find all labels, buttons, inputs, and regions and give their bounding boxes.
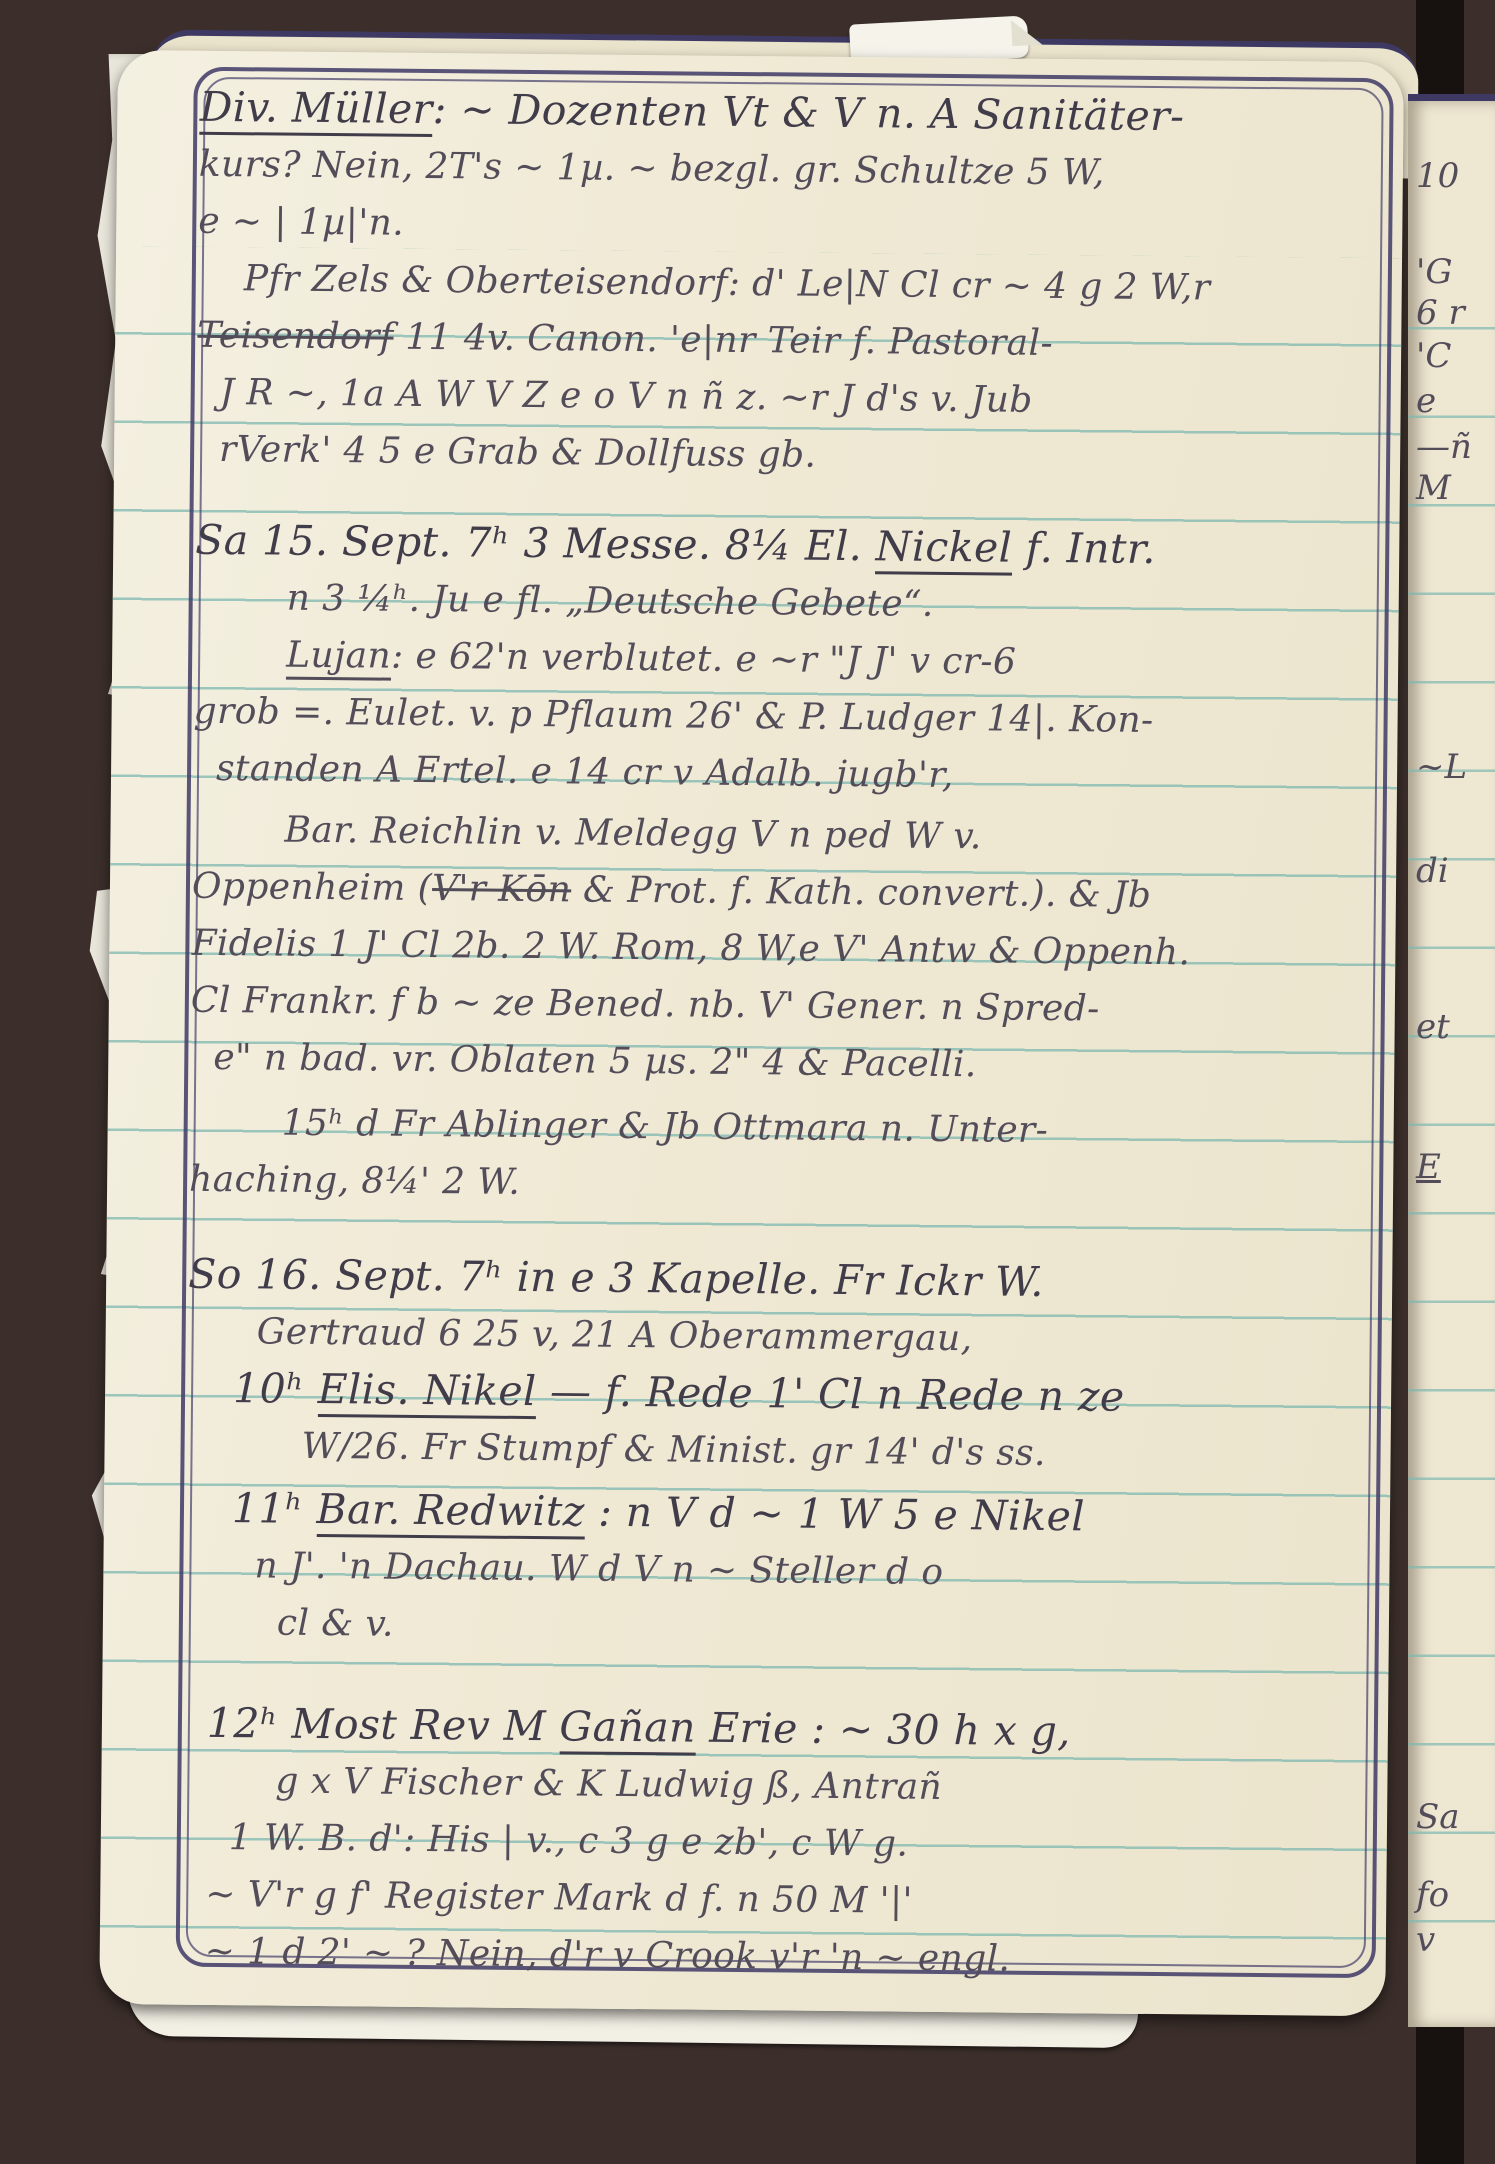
handwriting-fragment: E bbox=[1416, 1147, 1441, 1187]
handwriting-line: ~ 1 d 2' ~ ? Nein, d'r v Crook v'r 'n ~ … bbox=[204, 1923, 1381, 1991]
handwriting-segment: Erie : ~ 30 h x g, bbox=[696, 1704, 1071, 1756]
handwriting-fragment: —ñ bbox=[1416, 427, 1472, 467]
handwriting-segment: 10ʰ bbox=[233, 1364, 318, 1413]
handwriting-segment: 11 4v. Canon. 'e|nr Teir f. Pastoral- bbox=[393, 317, 1053, 364]
handwriting-segment: W/26. Fr Stumpf & Minist. gr 14' d's ss. bbox=[301, 1426, 1046, 1474]
handwriting-segment: kurs? Nein, 2T's ~ 1µ. ~ bezgl. gr. Schu… bbox=[199, 144, 1105, 194]
notebook-page: Div. Müller: ~ Dozenten Vt & V n. A Sani… bbox=[99, 50, 1404, 2016]
handwriting-line: standen A Ertel. e 14 cr v Adalb. jugb'r… bbox=[216, 740, 1393, 808]
handwriting-segment: 1 W. B. d': His | v., c 3 g e zb', c W g… bbox=[229, 1817, 909, 1865]
handwriting-segment: n 3 ¼ʰ. Ju e fl. „Deutsche Gebete“. bbox=[287, 578, 934, 625]
handwriting-segment: Fidelis 1 J' Cl 2b. 2 W. Rom, 8 W,e V' A… bbox=[191, 923, 1190, 974]
handwriting-line: n 3 ¼ʰ. Ju e fl. „Deutsche Gebete“. bbox=[286, 570, 1394, 638]
handwriting-line: 15ʰ d Fr Ablinger & Jb Ottmara n. Unter- bbox=[281, 1095, 1389, 1163]
handwriting-segment: : n V d ~ 1 W 5 e Nikel bbox=[585, 1488, 1086, 1541]
handwriting-segment: ~ 1 d 2' ~ ? Nein, d'r v Crook v'r 'n ~ … bbox=[205, 1931, 1011, 1980]
handwriting-segment: g x V Fischer & K Ludwig ß, Antrañ bbox=[275, 1761, 942, 1808]
handwriting-line: W/26. Fr Stumpf & Minist. gr 14' d's ss. bbox=[301, 1418, 1386, 1485]
handwriting-layer: Div. Müller: ~ Dozenten Vt & V n. A Sani… bbox=[181, 79, 1399, 2000]
handwriting-fragment: 'G bbox=[1416, 252, 1453, 292]
handwriting-line: n J'. 'n Dachau. W d V n ~ Steller d o bbox=[254, 1537, 1385, 1605]
handwriting-segment: n J'. 'n Dachau. W d V n ~ Steller d o bbox=[254, 1545, 943, 1593]
handwriting-segment: 15ʰ d Fr Ablinger & Jb Ottmara n. Unter- bbox=[282, 1103, 1049, 1151]
handwriting-segment: ~ V'r g f' Register Mark d f. n 50 M '|' bbox=[205, 1874, 913, 1922]
handwriting-segment: J R ~, 1a A W V Z e o V n ñ z. ~r J d's … bbox=[220, 372, 1033, 421]
handwriting-segment: 12ʰ Most Rev M bbox=[207, 1699, 560, 1750]
handwriting-segment: Div. Müller bbox=[199, 83, 433, 137]
handwriting-segment: Oppenheim ( bbox=[192, 866, 433, 909]
handwriting-segment: cl & v. bbox=[277, 1603, 394, 1645]
handwriting-segment: e" n bad. vr. Oblaten 5 µs. 2" 4 & Pacel… bbox=[213, 1037, 977, 1085]
handwriting-segment: V'r Kōn bbox=[432, 868, 571, 910]
handwriting-fragment: et bbox=[1416, 1007, 1450, 1047]
handwriting-segment: Bar. Reichlin v. Meldegg V n ped W v. bbox=[284, 810, 982, 858]
handwriting-line: cl & v. bbox=[277, 1595, 1385, 1663]
handwriting-segment: Sa 15. Sept. 7ʰ 3 Messe. 8¼ El. bbox=[195, 516, 876, 571]
handwriting-fragment: M bbox=[1416, 468, 1451, 508]
handwriting-line: g x V Fischer & K Ludwig ß, Antrañ bbox=[275, 1753, 1383, 1821]
handwriting-line: Bar. Reichlin v. Meldegg V n ped W v. bbox=[284, 802, 1392, 870]
handwriting-fragment: v bbox=[1416, 1920, 1435, 1960]
handwriting-segment: Pfr Zels & Oberteisendorf: d' Le|N Cl cr… bbox=[244, 258, 1211, 308]
handwriting-segment: : ~ Dozenten Vt & V n. A Sanitäter- bbox=[432, 85, 1184, 140]
handwriting-segment: e ~ | 1µ|'n. bbox=[198, 201, 404, 244]
handwriting-line: rVerk' 4 5 e Grab & Dollfuss gb. bbox=[219, 421, 1396, 489]
handwriting-segment: Elis. Nikel bbox=[317, 1365, 536, 1419]
handwriting-fragment: e bbox=[1416, 381, 1436, 421]
handwriting-segment: Gañan bbox=[559, 1702, 696, 1755]
handwriting-segment: Nickel bbox=[875, 522, 1012, 575]
handwriting-segment: Cl Frankr. f b ~ ze Bened. nb. V' Gener.… bbox=[191, 980, 1100, 1030]
handwriting-fragment: di bbox=[1416, 851, 1449, 891]
handwriting-segment: 11ʰ bbox=[232, 1484, 317, 1533]
handwriting-line: haching, 8¼' 2 W. bbox=[189, 1151, 1389, 1220]
handwriting-segment: Gertraud 6 25 v, 21 A Oberammergau, bbox=[257, 1311, 973, 1359]
handwriting-line: e" n bad. vr. Oblaten 5 µs. 2" 4 & Pacel… bbox=[213, 1029, 1390, 1097]
handwriting-fragment: Sa bbox=[1416, 1797, 1460, 1837]
scanned-diary-page: Div. Müller: ~ Dozenten Vt & V n. A Sani… bbox=[0, 0, 1495, 2164]
handwriting-fragment: 6 r bbox=[1416, 293, 1465, 333]
next-page-edge: 10'G6 r'Ce—ñM~LdietESafov bbox=[1408, 94, 1495, 2027]
handwriting-segment: Lujan bbox=[286, 635, 391, 681]
handwriting-line: Lujan: e 62'n verblutet. e ~r "J J' v cr… bbox=[286, 627, 1394, 695]
handwriting-segment: — f. Rede 1' Cl n Rede n ze bbox=[536, 1367, 1124, 1421]
handwriting-segment: So 16. Sept. 7ʰ in e 3 Kapelle. Fr Ickr … bbox=[188, 1250, 1044, 1306]
handwriting-segment: standen A Ertel. e 14 cr v Adalb. jugb'r… bbox=[216, 748, 954, 796]
handwriting-segment: grob =. Eulet. v. p Pflaum 26' & P. Ludg… bbox=[193, 691, 1153, 741]
handwriting-fragment: ~L bbox=[1416, 747, 1467, 787]
handwriting-segment: : e 62'n verblutet. e ~r "J J' v cr-6 bbox=[391, 636, 1017, 683]
handwriting-fragment: 10 bbox=[1416, 156, 1459, 196]
handwriting-segment: f. Intr. bbox=[1012, 524, 1156, 573]
handwriting-segment: rVerk' 4 5 e Grab & Dollfuss gb. bbox=[219, 429, 817, 476]
handwriting-fragment: fo bbox=[1416, 1875, 1449, 1915]
handwriting-fragment: 'C bbox=[1416, 336, 1451, 376]
handwriting-segment: haching, 8¼' 2 W. bbox=[189, 1159, 520, 1203]
handwriting-segment: Teisendorf bbox=[197, 315, 394, 358]
handwriting-segment: & Prot. f. Kath. convert.). & Jb bbox=[571, 869, 1151, 916]
handwriting-segment: Bar. Redwitz bbox=[316, 1485, 585, 1540]
